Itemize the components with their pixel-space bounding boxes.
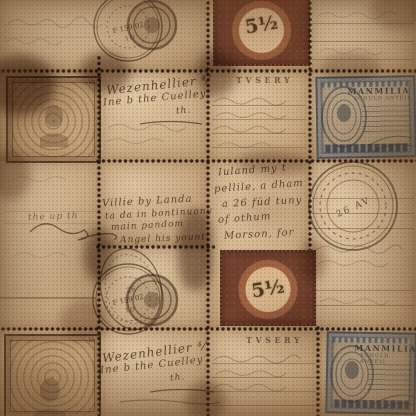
burn-stain [80,52,130,92]
handwriting-line: the up th [28,211,79,223]
ruled-lines [212,350,316,414]
tvsery-header-bottom: TVSERY [246,335,303,345]
stamp-value-overprint: 5½ [221,271,315,307]
banknote-dark-band [323,143,409,152]
perforation-column [315,325,321,416]
smudge-stain [300,240,326,280]
handwriting-line: th. [176,105,192,116]
banknote-dark-band [332,399,408,408]
tvsery-header-top: TVSERY [236,75,293,85]
portrait-stamp-bottom: 1 23 [4,334,101,416]
ruled-lines [4,12,94,50]
ephemera-pattern: 5½ 5½ 1 23 1 23 MANMILIA SCHULD ANTEIL M… [0,0,416,416]
burn-stain [196,50,236,96]
smudge-stain [320,52,380,82]
ink-streak-stain [178,210,212,290]
handwriting-line: th. [170,372,186,384]
burn-stain [84,228,114,282]
ruled-lines [312,184,414,242]
banknote-fine-print [368,364,412,391]
burn-stain [186,382,226,416]
smudge-stain [60,300,110,340]
ruled-line [0,297,96,299]
ruled-lines [312,276,414,306]
ruled-lines [212,92,306,160]
perforation-column [307,0,313,250]
banknote-stamp-top: MANMILIA SCHULD ANTEIL [315,75,416,159]
smudge-stain [238,150,308,176]
stamp-corner-numeral: 1 [10,338,13,344]
banknote-stamp-bottom: MANMILIA SCHULD ANTEIL [325,331,416,415]
banknote-subtitle: SCHULD ANTEIL [354,95,412,102]
banknote-fine-print [362,105,410,132]
stamp-value-overprint: 5½ [214,7,309,43]
